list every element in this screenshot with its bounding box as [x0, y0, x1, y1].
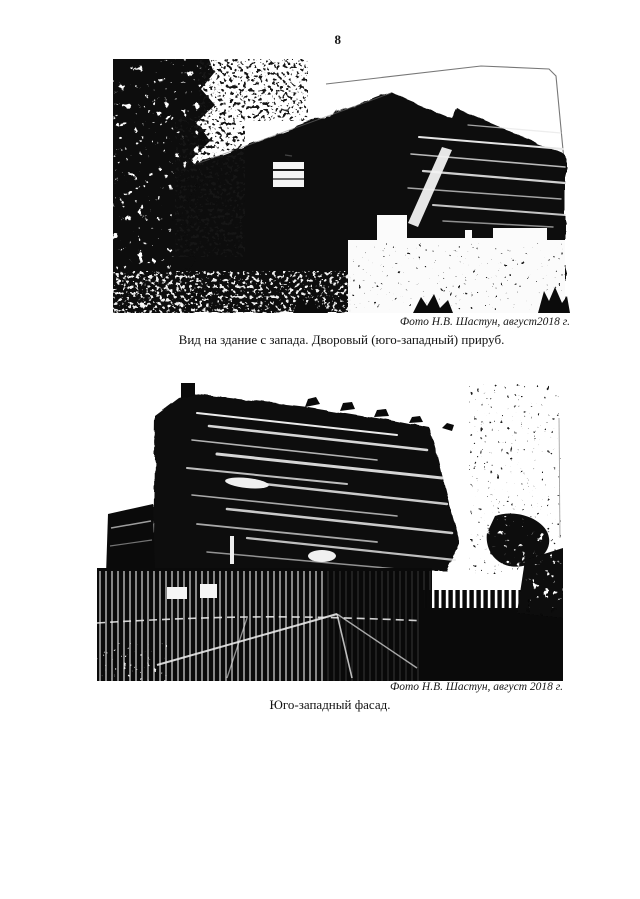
photo-credit-2: Фото Н.В. Шастун, август 2018 г.	[97, 681, 563, 693]
photo-caption-2: Юго-западный фасад.	[97, 697, 563, 713]
photo-southwest-facade	[97, 378, 563, 681]
page-number: 8	[298, 32, 378, 48]
photo-caption-1: Вид на здание с запада. Дворовый (юго-за…	[113, 332, 570, 348]
document-page: 8	[0, 0, 640, 899]
photo-credit-1: Фото Н.В. Шастун, август2018 г.	[113, 316, 570, 328]
photo-west-view	[113, 59, 570, 313]
